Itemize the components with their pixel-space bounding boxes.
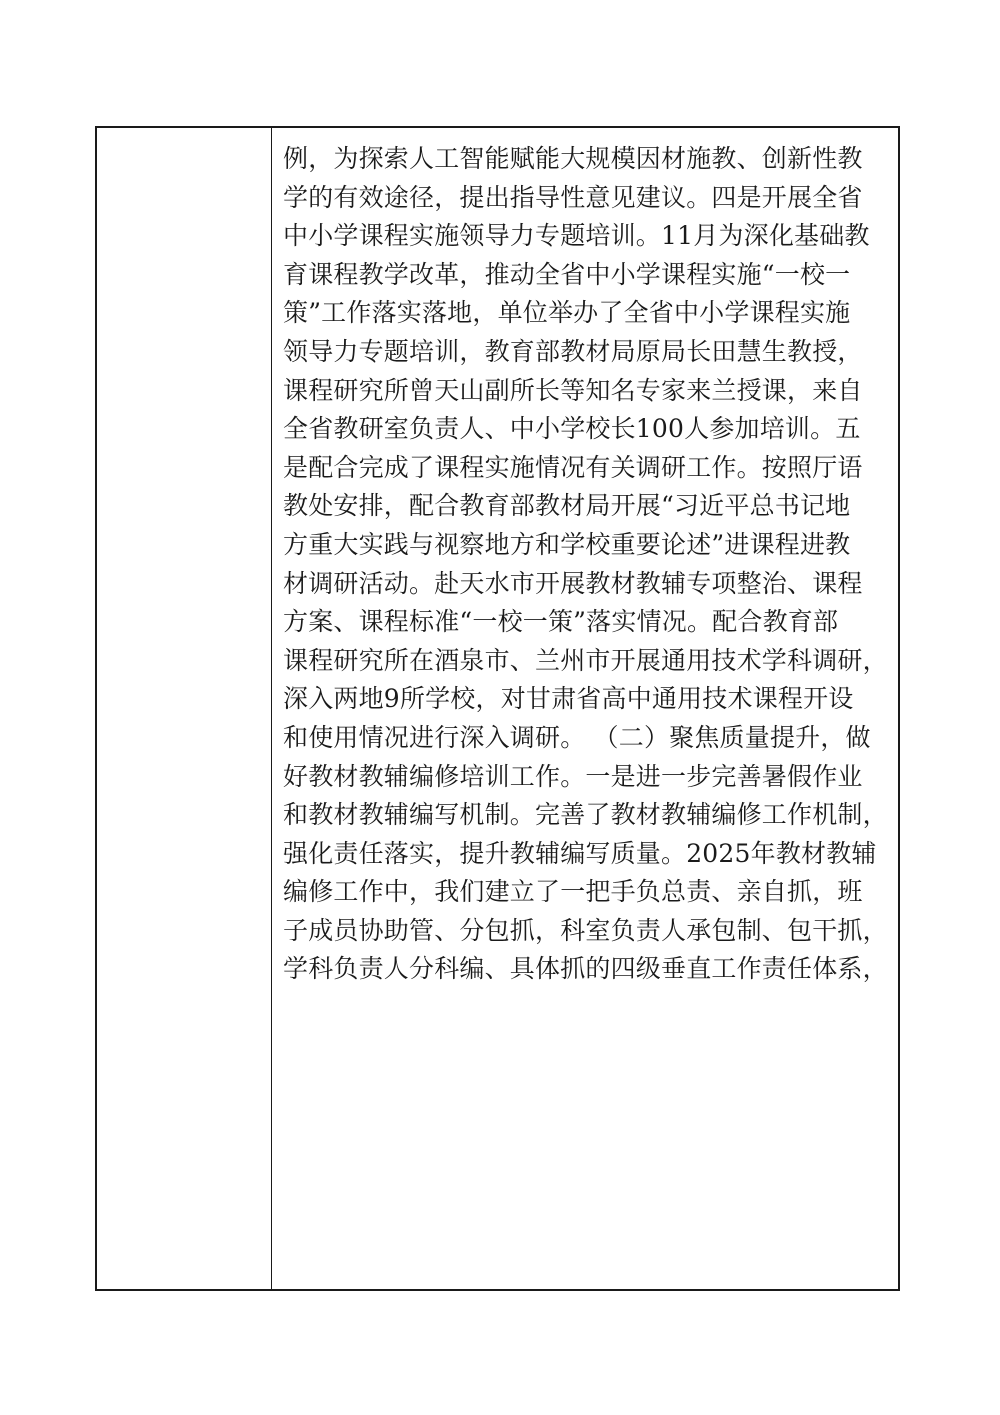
text-line: 和使用情况进行深入调研。 （二）聚焦质量提升，做 (283, 719, 890, 758)
text-line: 教处安排，配合教育部教材局开展“习近平总书记地 (283, 487, 890, 526)
document-table: 例，为探索人工智能赋能大规模因材施教、创新性教 学的有效途径，提出指导性意见建议… (95, 126, 900, 1291)
body-text: 例，为探索人工智能赋能大规模因材施教、创新性教 学的有效途径，提出指导性意见建议… (283, 140, 890, 989)
text-line: 深入两地9所学校，对甘肃省高中通用技术课程开设 (283, 680, 890, 719)
text-line: 方重大实践与视察地方和学校重要论述”进课程进教 (283, 526, 890, 565)
text-line: 子成员协助管、分包抓，科室负责人承包制、包干抓， (283, 912, 890, 951)
text-line: 课程研究所曾天山副所长等知名专家来兰授课，来自 (283, 372, 890, 411)
text-line: 材调研活动。赴天水市开展教材教辅专项整治、课程 (283, 565, 890, 604)
table-right-cell: 例，为探索人工智能赋能大规模因材施教、创新性教 学的有效途径，提出指导性意见建议… (272, 128, 898, 1289)
text-line: 方案、课程标准“一校一策”落实情况。配合教育部 (283, 603, 890, 642)
text-line: 例，为探索人工智能赋能大规模因材施教、创新性教 (283, 140, 890, 179)
text-line: 中小学课程实施领导力专题培训。11月为深化基础教 (283, 217, 890, 256)
text-line: 全省教研室负责人、中小学校长100人参加培训。五 (283, 410, 890, 449)
text-line: 学的有效途径，提出指导性意见建议。四是开展全省 (283, 179, 890, 218)
text-line: 强化责任落实，提升教辅编写质量。2025年教材教辅 (283, 835, 890, 874)
text-line: 策”工作落实落地，单位举办了全省中小学课程实施 (283, 294, 890, 333)
text-line: 是配合完成了课程实施情况有关调研工作。按照厅语 (283, 449, 890, 488)
text-line: 和教材教辅编写机制。完善了教材教辅编修工作机制， (283, 796, 890, 835)
text-line: 好教材教辅编修培训工作。一是进一步完善暑假作业 (283, 758, 890, 797)
text-line: 课程研究所在酒泉市、兰州市开展通用技术学科调研， (283, 642, 890, 681)
text-line: 编修工作中，我们建立了一把手负总责、亲自抓，班 (283, 873, 890, 912)
text-line: 学科负责人分科编、具体抓的四级垂直工作责任体系， (283, 950, 890, 989)
text-line: 育课程教学改革，推动全省中小学课程实施“一校一 (283, 256, 890, 295)
table-left-cell (97, 128, 272, 1289)
text-line: 领导力专题培训，教育部教材局原局长田慧生教授， (283, 333, 890, 372)
